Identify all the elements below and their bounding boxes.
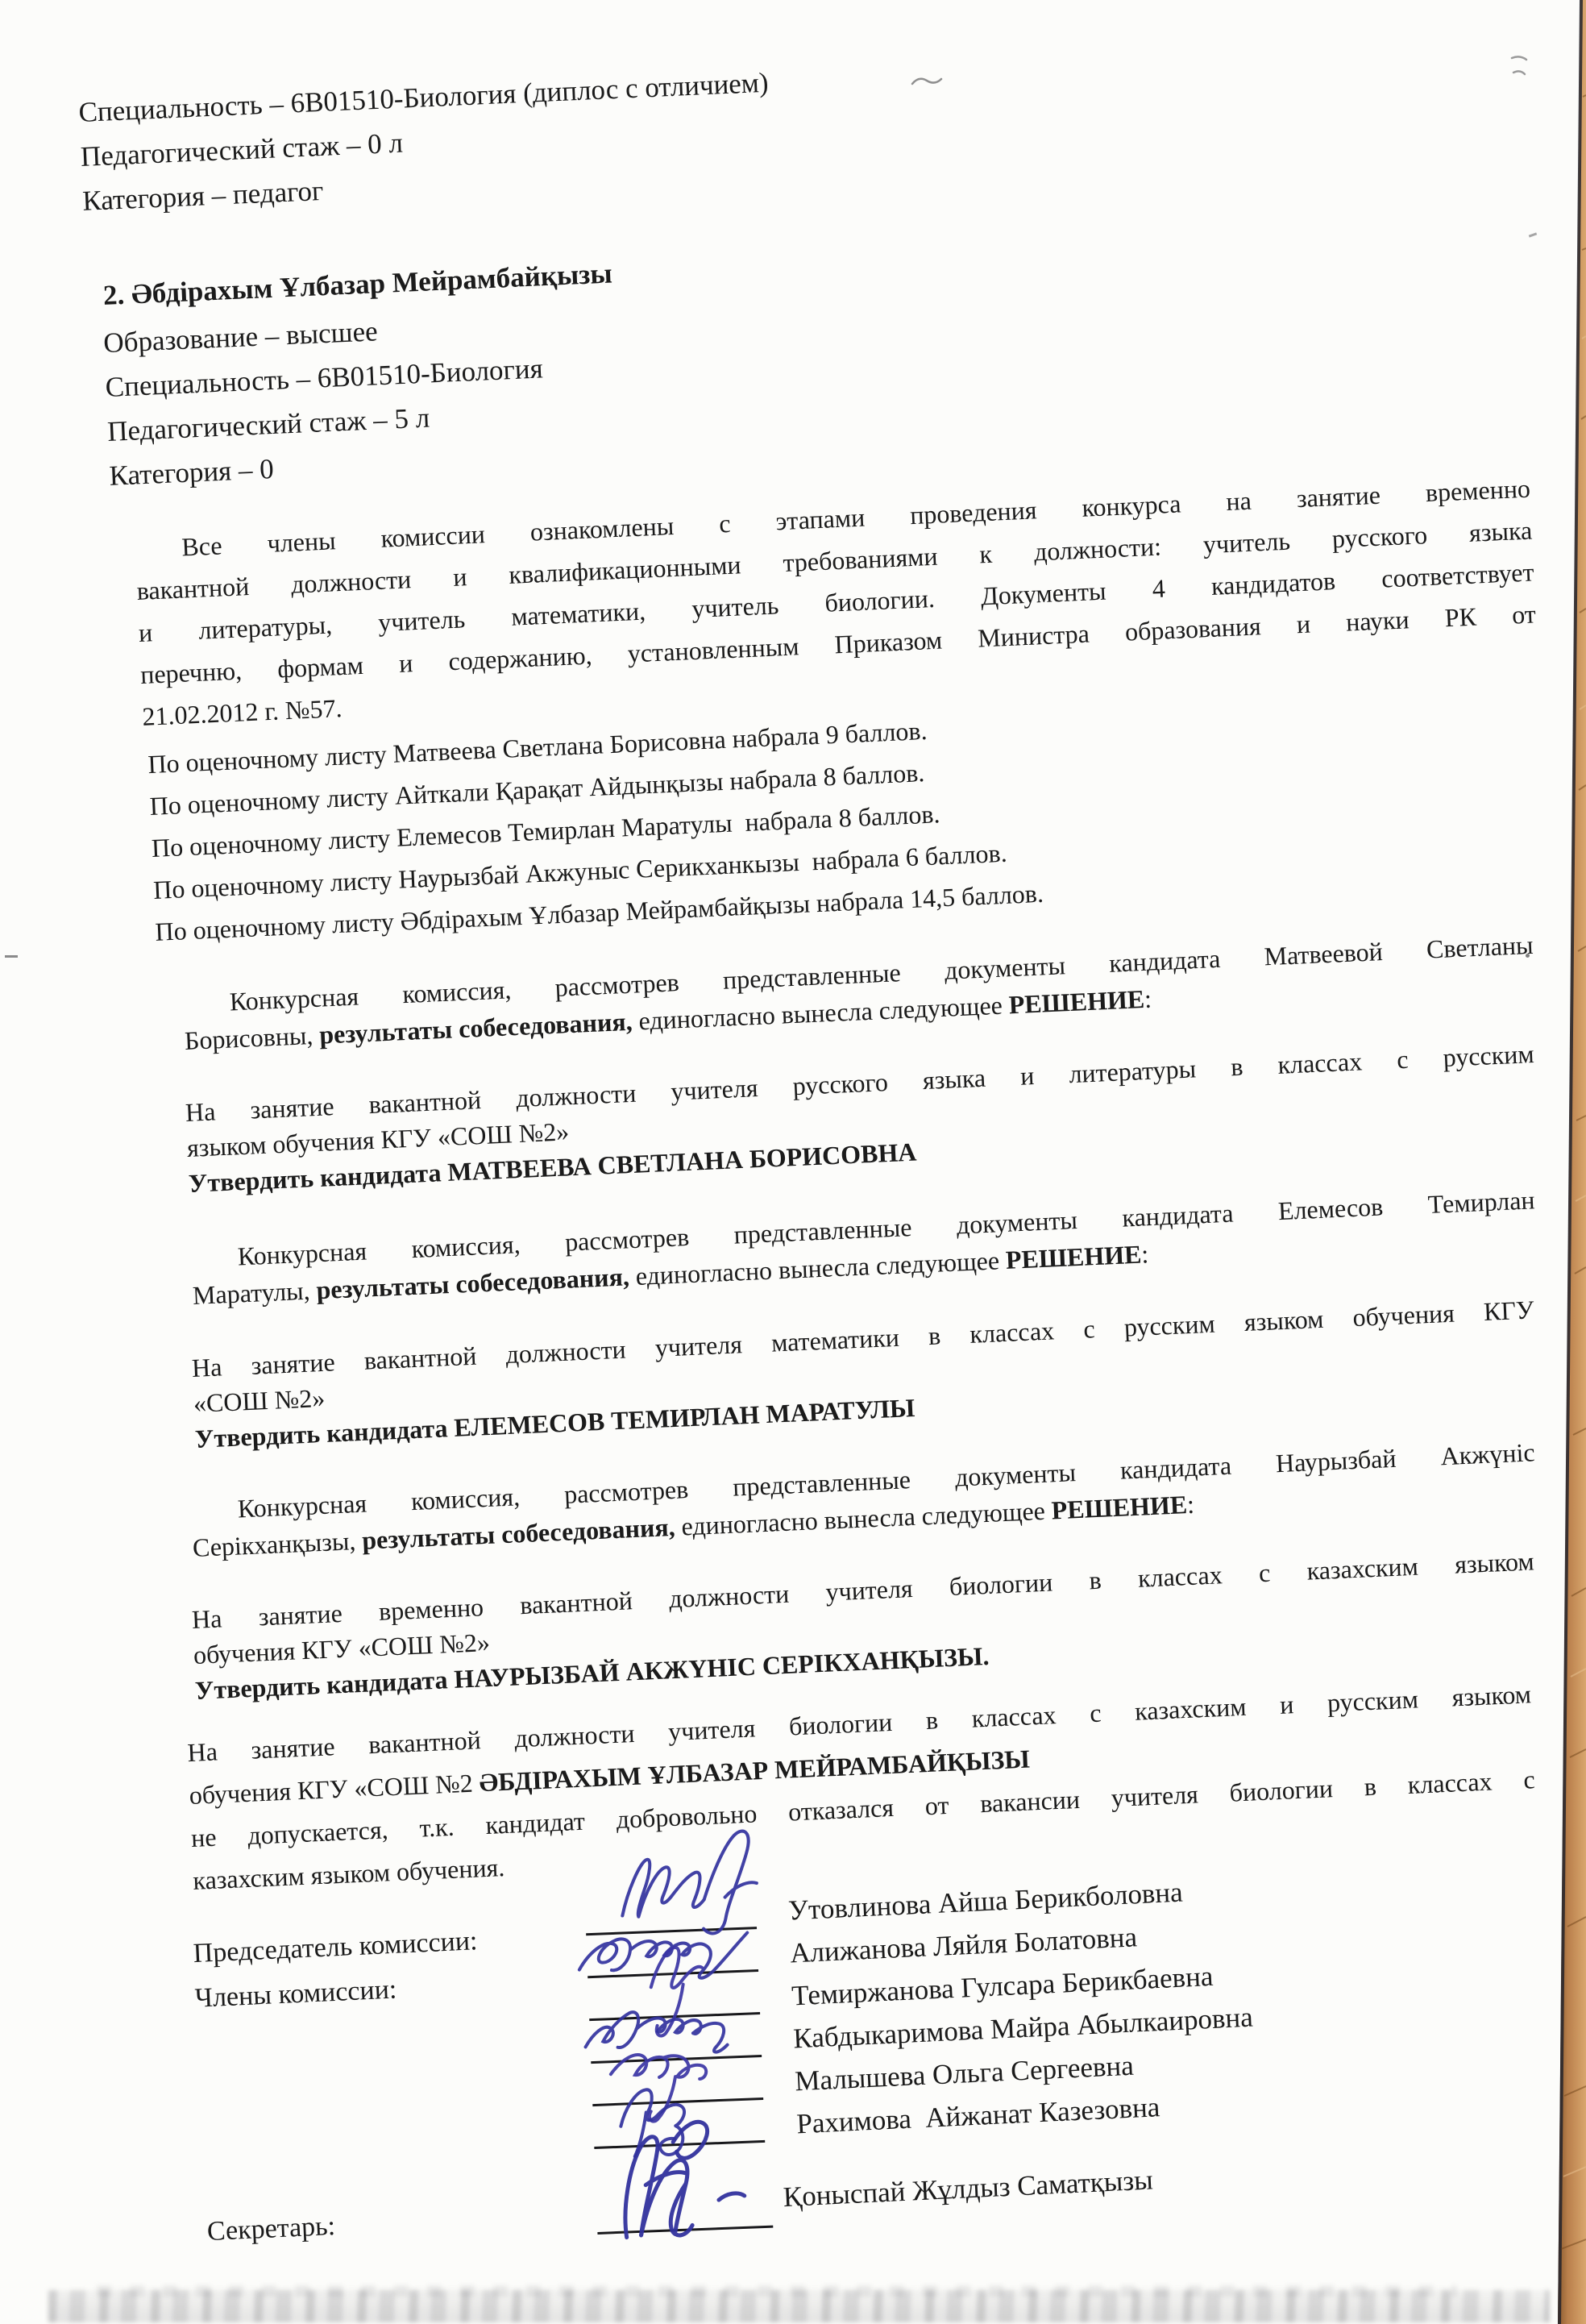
chair-label: Председатель комиссии:	[193, 1926, 478, 1969]
text-segment: Серікханқызы,	[192, 1526, 363, 1562]
signature-ink-secretary	[598, 2102, 812, 2247]
decision1-resolution: На занятие вакантной должности учителя р…	[185, 1036, 1538, 1201]
text-segment: обучения КГУ «СОШ №2	[189, 1768, 480, 1810]
signatures-section: Председатель комиссии: Члены комиссии: У…	[192, 1869, 1463, 2304]
scan-artifact	[1509, 53, 1530, 77]
candidate2-info-block: Образование – высшее Специальность – 6В0…	[102, 281, 1036, 498]
decision2-intro: Конкурсная комиссия, рассмотрев представ…	[190, 1181, 1537, 1314]
decision-word-bold: РЕШЕНИЕ	[1051, 1490, 1188, 1524]
signature-line	[596, 2168, 774, 2235]
text-segment: Маратулы,	[192, 1275, 317, 1310]
decision3-intro: Конкурсная комиссия, рассмотрев представ…	[190, 1433, 1537, 1566]
decision2-resolution: На занятие вакантной должности учителя м…	[191, 1291, 1538, 1457]
secretary-name: Қоныспай Жұлдыз Саматқызы	[783, 2164, 1154, 2214]
page-ghosting-band	[97, 2285, 1457, 2297]
text-segment: Борисовны,	[184, 1021, 320, 1055]
scan-artifact	[1526, 954, 1530, 958]
scanned-document-page: Специальность – 6В01510-Биология (диплос…	[0, 0, 1586, 2324]
final-refusal-clause: На занятие вакантной должности учителя б…	[186, 1673, 1538, 1902]
scan-artifact	[1529, 232, 1537, 237]
decision1-intro: Конкурсная комиссия, рассмотрев представ…	[182, 926, 1535, 1059]
decision-word-bold: РЕШЕНИЕ	[1005, 1240, 1142, 1274]
text-segment: :	[1144, 984, 1152, 1013]
text-segment: :	[1186, 1490, 1194, 1519]
scan-artifact	[5, 955, 18, 958]
chair-name: Утовлинова Айша Берикболовна	[787, 1877, 1183, 1927]
decision-word-bold: РЕШЕНИЕ	[1008, 984, 1145, 1019]
text-segment: :	[1141, 1239, 1149, 1268]
candidate1-info-block: Специальность – 6В01510-Биология (диплос…	[77, 50, 1009, 223]
scan-artifact	[911, 74, 943, 89]
book-edge	[1538, 0, 1586, 2324]
signature-row-secretary: Қоныспай Жұлдыз Саматқызы	[596, 2143, 1403, 2239]
secretary-label: Секретарь:	[206, 2211, 336, 2247]
members-label: Члены комиссии:	[194, 1974, 397, 2014]
